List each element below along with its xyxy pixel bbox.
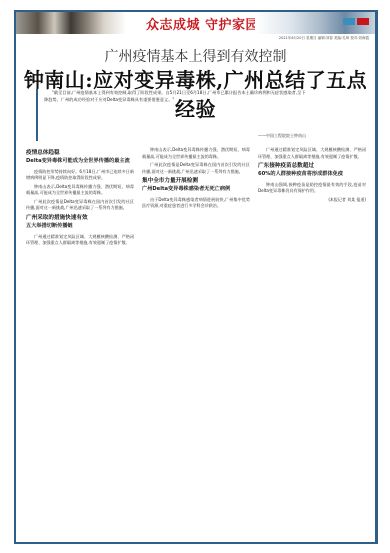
section-subheading: 60%的人群接种疫苗将形成群体免疫 — [258, 171, 366, 179]
lead-text: "截至目前,广州疫情基本上得到有效控制,取得了阶段性成果。自5月21日至6月18… — [44, 89, 306, 103]
section-heading: 广州采取的措施快速有效 — [26, 214, 134, 222]
page-banner: 众志成城 守护家园 — [16, 12, 375, 34]
paragraph: 钟南山表示,Delta变异毒株传播力强、潜伏期短、病毒载量高,可能成为全世界传播… — [26, 184, 134, 197]
section-subheading: 五大举措切断传播链 — [26, 223, 134, 231]
article-kicker: 广州疫情基本上得到有效控制 — [16, 46, 375, 66]
paragraph: 广州通过精准划定风险区域、大规模核酸检测、严格闭环管理、加强重点人群隔离等措施,… — [258, 147, 366, 160]
banner-badge — [343, 18, 369, 25]
section-heading: 疫情总体趋稳 — [26, 149, 134, 157]
section-heading: 广东接种疫苗总数超过 — [258, 162, 366, 170]
lead-source: ——中国工程院院士钟南山 — [258, 133, 306, 139]
banner-photo-left — [16, 12, 126, 34]
column-3: 广州通过精准划定风险区域、大规模核酸检测、严格闭环管理、加强重点人群隔离等措施,… — [258, 147, 366, 537]
column-1: 疫情总体趋稳 Delta变异毒株可能成为全世界传播的最主流 疫情防控形势持续向好… — [26, 147, 134, 537]
section-heading: 集中全市力量开展检测 — [142, 177, 250, 185]
paragraph: 疫情防控形势持续向好。6月18日,广州市已连续多日新增病例明显下降,疫情防控取得… — [26, 169, 134, 182]
paragraph: 钟南山强调,接种疫苗是防控疫情最有效的手段,疫苗对Delta变异毒株仍具有保护作… — [258, 182, 366, 195]
paragraph: 广州通过精准划定风险区域、大规模核酸检测、严格闭环管理、加强重点人群隔离等措施,… — [26, 234, 134, 247]
article-lead: "截至目前,广州疫情基本上得到有效控制,取得了阶段性成果。自5月21日至6月18… — [36, 89, 306, 141]
paragraph: 广州此次疫情是Delta变异毒株在国内首次引发的社区传播,面对这一新挑战,广州迅… — [26, 199, 134, 212]
paragraph: 由于Delta变异毒株感染者病情进展较快,广州集中优势医疗资源,对重症患者进行多… — [142, 197, 250, 210]
column-2: 钟南山表示,Delta变异毒株传播力强、潜伏期短、病毒载量高,可能成为全世界传播… — [142, 147, 250, 537]
byline: (本报记者 刘某 报道) — [258, 197, 366, 204]
banner-title: 众志成城 守护家园 — [146, 14, 259, 33]
newspaper-page: 众志成城 守护家园 2021年6月20日 星期日 编辑:刘春 美编:孔琦 校对:… — [14, 10, 378, 544]
page-meta: 2021年6月20日 星期日 编辑:刘春 美编:孔琦 校对:刘海霞 — [279, 36, 369, 41]
section-subheading: 广州Delta变异毒株感染者无死亡病例 — [142, 186, 250, 194]
paragraph: 广州此次疫情是Delta变异毒株在国内首次引发的社区传播,面对这一新挑战,广州迅… — [142, 162, 250, 175]
section-subheading: Delta变异毒株可能成为全世界传播的最主流 — [26, 158, 134, 166]
article-body: 疫情总体趋稳 Delta变异毒株可能成为全世界传播的最主流 疫情防控形势持续向好… — [26, 147, 366, 537]
paragraph: 钟南山表示,Delta变异毒株传播力强、潜伏期短、病毒载量高,可能成为全世界传播… — [142, 147, 250, 160]
